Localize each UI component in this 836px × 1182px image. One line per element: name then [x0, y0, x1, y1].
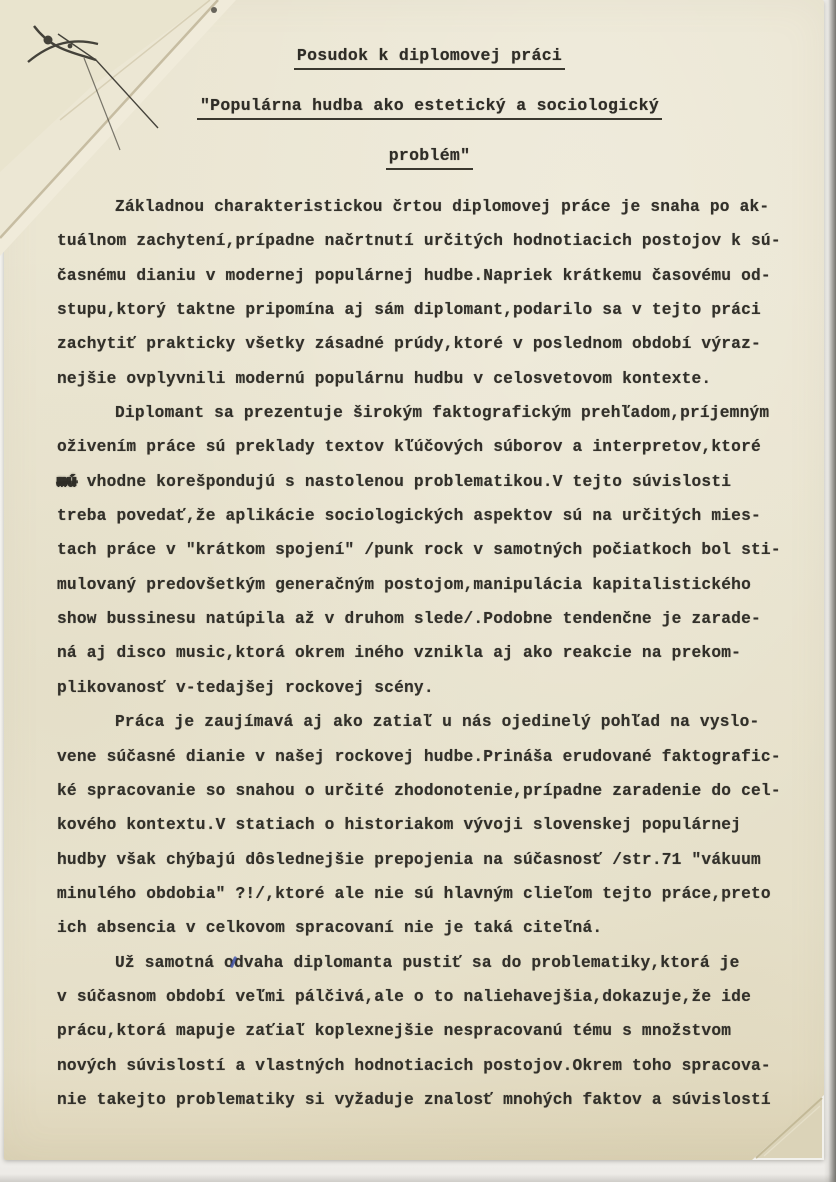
text-line: mulovaný predovšetkým generačným postojo…: [57, 576, 805, 610]
typewritten-text: Základnou charakteristickou črtou diplom…: [57, 198, 805, 1125]
scan-edge-shadow: [824, 0, 836, 1182]
document-title-line-3: problém": [57, 146, 802, 196]
text-line: ich absencia v celkovom spracovaní nie j…: [57, 919, 805, 953]
text-line: ké spracovanie so snahou o určité zhodon…: [57, 782, 805, 816]
title-text: Posudok k diplomovej práci: [294, 46, 565, 70]
text-line: hudby však chýbajú dôslednejšie prepojen…: [57, 851, 805, 885]
text-line: Práca je zaujímavá aj ako zatiaľ u nás o…: [57, 713, 805, 747]
text-line: v súčasnom období veľmi pálčivá,ale o to…: [57, 988, 805, 1022]
text-line: minulého obdobia" ?!/,ktoré ale nie sú h…: [57, 885, 805, 919]
text-line: mú vhodne korešpondujú s nastolenou prob…: [57, 473, 805, 507]
text-line: prácu,ktorá mapuje zaťiaľ koplexnejšie n…: [57, 1022, 805, 1056]
title-text: "Populárna hudba ako estetický a sociolo…: [197, 96, 662, 120]
scan-bottom-shadow: [0, 1174, 836, 1182]
text-line: ná aj disco music,ktorá okrem iného vzni…: [57, 644, 805, 678]
scanned-page: Posudok k diplomovej práci "Populárna hu…: [0, 0, 836, 1182]
text-line: nie takejto problematiky si vyžaduje zna…: [57, 1091, 805, 1125]
text-line: show bussinesu natúpila až v druhom sled…: [57, 610, 805, 644]
text-line: nejšie ovplyvnili modernú populárnu hudb…: [57, 370, 805, 404]
document-title-block: Posudok k diplomovej práci "Populárna hu…: [57, 46, 802, 196]
text-line: kového kontextu.V statiach o historiakom…: [57, 816, 805, 850]
text-line: Diplomant sa prezentuje širokým faktogra…: [57, 404, 805, 438]
text-line: tach práce v "krátkom spojení" /punk roc…: [57, 541, 805, 575]
text-line: tuálnom zachytení,prípadne načrtnutí urč…: [57, 232, 805, 266]
text-line: treba povedať,že aplikácie sociologickýc…: [57, 507, 805, 541]
title-text: problém": [386, 146, 474, 170]
document-title-line-2: "Populárna hudba ako estetický a sociolo…: [57, 96, 802, 146]
text-line: Už samotná odvaha diplomanta pustiť sa d…: [57, 954, 805, 988]
overstruck-word: mú: [57, 473, 77, 491]
document-title-line-1: Posudok k diplomovej práci: [57, 46, 802, 96]
text-line: časnému dianiu v modernej populárnej hud…: [57, 267, 805, 301]
text-line: plikovanosť v-tedajšej rockovej scény.: [57, 679, 805, 713]
text-line: vene súčasné dianie v našej rockovej hud…: [57, 748, 805, 782]
text-line: zachytiť prakticky všetky zásadné prúdy,…: [57, 335, 805, 369]
text-line: stupu,ktorý taktne pripomína aj sám dipl…: [57, 301, 805, 335]
text-line: nových súvislostí a vlastných hodnotiaci…: [57, 1057, 805, 1091]
text-line: Základnou charakteristickou črtou diplom…: [57, 198, 805, 232]
text-line: oživením práce sú preklady textov kľúčov…: [57, 438, 805, 472]
